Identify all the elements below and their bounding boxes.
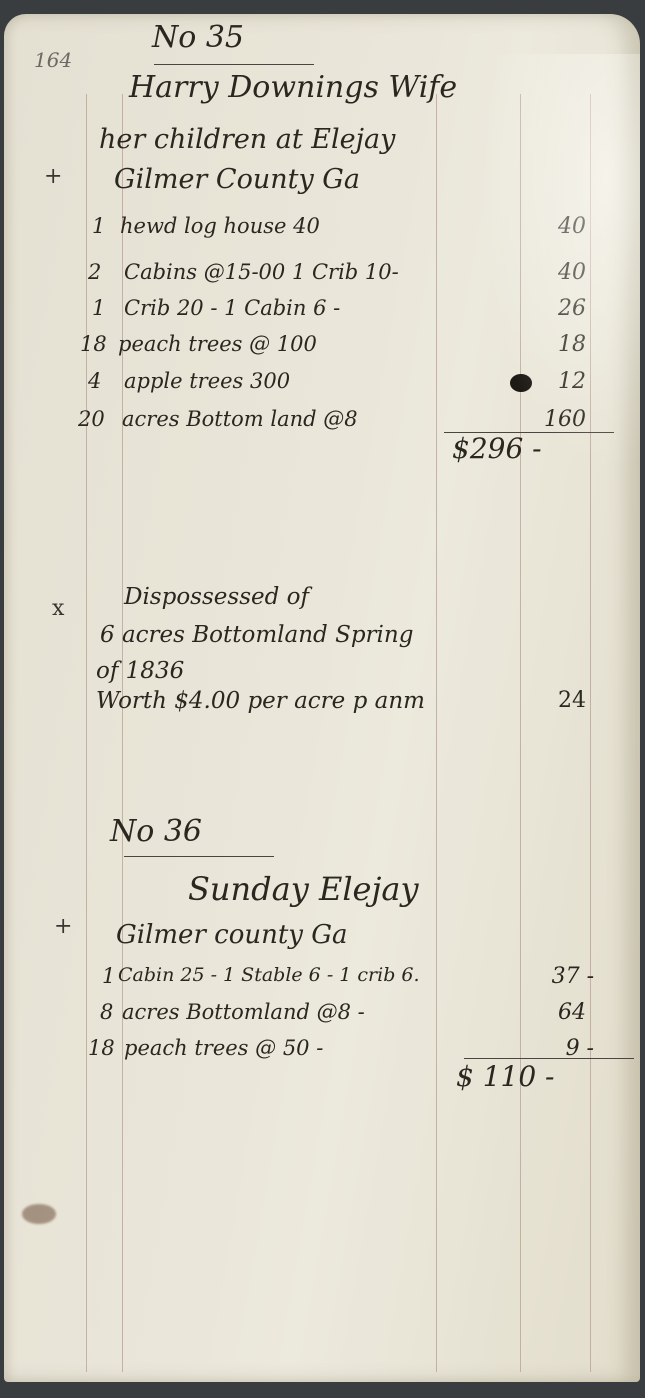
entry-total: $296 - bbox=[452, 432, 542, 465]
item-description: peach trees @ 100 bbox=[118, 332, 317, 356]
paper-stain bbox=[22, 1204, 56, 1224]
item-qty: 2 bbox=[88, 260, 101, 284]
item-qty: 18 bbox=[88, 1036, 115, 1060]
item-amount: 40 bbox=[516, 260, 586, 285]
entry-title: Harry Downings Wife bbox=[129, 70, 457, 105]
page-number: 164 bbox=[34, 48, 72, 72]
margin-mark: + bbox=[54, 914, 72, 939]
entry-number: No 36 bbox=[110, 814, 202, 849]
item-qty: 8 bbox=[100, 1000, 113, 1024]
item-qty: 1 bbox=[92, 296, 105, 320]
entry-number-underline bbox=[124, 856, 274, 857]
ruled-line-amount bbox=[520, 94, 521, 1372]
item-description: peach trees @ 50 - bbox=[124, 1036, 323, 1060]
item-description: Crib 20 - 1 Cabin 6 - bbox=[124, 296, 340, 320]
item-amount: 40 bbox=[516, 214, 586, 239]
entry-title-line2: her children at Elejay bbox=[99, 124, 395, 155]
item-qty: 18 bbox=[80, 332, 107, 356]
item-amount: 64 bbox=[516, 1000, 586, 1025]
note-amount: 24 bbox=[516, 688, 586, 713]
item-description: Cabin 25 - 1 Stable 6 - 1 crib 6. bbox=[118, 964, 420, 986]
margin-mark: + bbox=[44, 164, 62, 189]
ruled-line-qty bbox=[122, 94, 123, 1372]
note-line: Dispossessed of bbox=[124, 584, 309, 610]
ruled-line-margin bbox=[86, 94, 87, 1372]
ledger-page: 164 No 35 Harry Downings Wife her childr… bbox=[4, 14, 640, 1382]
entry-total: $ 110 - bbox=[456, 1060, 555, 1093]
item-qty: 4 bbox=[88, 369, 101, 393]
ink-blot bbox=[510, 374, 532, 392]
item-qty: 20 bbox=[78, 407, 105, 431]
margin-mark: x bbox=[52, 596, 64, 621]
item-amount: 26 bbox=[516, 296, 586, 321]
item-qty: 1 bbox=[102, 964, 115, 988]
item-description: apple trees 300 bbox=[124, 369, 290, 393]
entry-number-underline bbox=[154, 64, 314, 65]
item-description: acres Bottom land @8 bbox=[122, 407, 358, 431]
item-description: Cabins @15-00 1 Crib 10- bbox=[124, 260, 399, 284]
item-qty: 1 bbox=[92, 214, 105, 238]
item-amount: 18 bbox=[516, 332, 586, 357]
entry-location: Gilmer County Ga bbox=[114, 164, 360, 195]
item-description: acres Bottomland @8 - bbox=[122, 1000, 365, 1024]
item-amount: 160 bbox=[516, 407, 586, 432]
entry-title: Sunday Elejay bbox=[188, 870, 419, 908]
entry-location: Gilmer county Ga bbox=[116, 920, 348, 950]
note-line: of 1836 bbox=[96, 658, 184, 684]
item-amount: 37 - bbox=[524, 964, 594, 989]
note-line: Worth $4.00 per acre p anm bbox=[96, 688, 425, 714]
entry-number: No 35 bbox=[152, 20, 244, 55]
ruled-line-right bbox=[590, 94, 591, 1372]
note-line: 6 acres Bottomland Spring bbox=[100, 622, 413, 648]
ruled-line-desc bbox=[436, 94, 437, 1372]
item-description: hewd log house 40 bbox=[120, 214, 320, 238]
total-rule bbox=[464, 1058, 634, 1059]
